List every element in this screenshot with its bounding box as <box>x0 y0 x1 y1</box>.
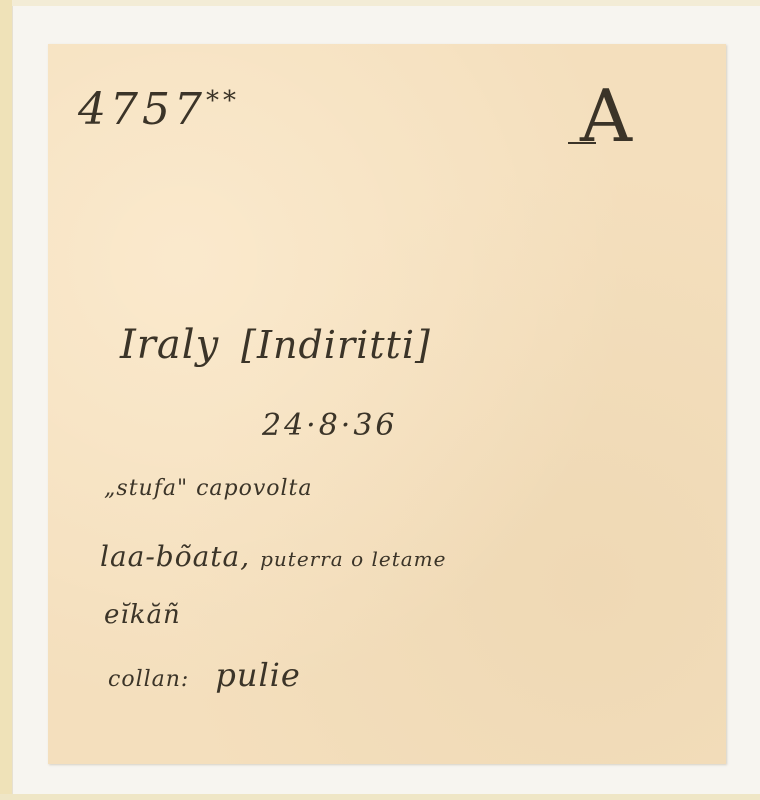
catalog-number: 4757** <box>78 84 240 135</box>
place-bracket-note: [Indiritti] <box>241 323 431 367</box>
archival-card: 4757** A Iraly[Indiritti] 24·8·36 „stufa… <box>48 44 726 764</box>
left-edge-strip <box>0 0 12 800</box>
place-line: Iraly[Indiritti] <box>120 322 431 368</box>
native-term: laa-bõata, <box>100 540 250 573</box>
date: 24·8·36 <box>262 408 398 443</box>
native-term-gloss: puterra o letame <box>260 547 446 571</box>
place-name: Iraly <box>120 322 219 368</box>
collector-value: pulie <box>215 656 301 694</box>
series-letter: A <box>580 74 633 158</box>
catalog-marks: ** <box>206 86 240 116</box>
collector-line: collan:pulie <box>108 656 301 694</box>
description-line: „stufa" capovolta <box>104 476 313 501</box>
bottom-edge-strip <box>0 794 760 800</box>
catalog-number-value: 4757 <box>78 84 206 135</box>
collector-label: collan: <box>108 667 189 692</box>
native-term-line: laa-bõata,puterra o letame <box>100 540 446 573</box>
phonetic-line: eĭkăñ <box>104 600 181 630</box>
